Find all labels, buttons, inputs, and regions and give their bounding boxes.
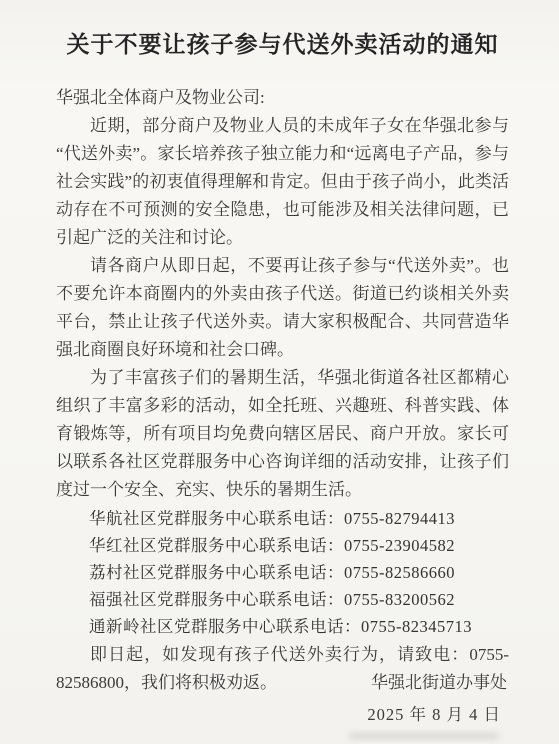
paragraph-summer-activities: 为了丰富孩子们的暑期生活，华强北街道各社区都精心组织了丰富多彩的活动，如全托班、… <box>56 364 509 504</box>
contact-line-licun: 荔村社区党群服务中心联系电话：0755-82586660 <box>56 559 509 586</box>
salutation: 华强北全体商户及物业公司: <box>56 84 509 112</box>
paragraph-background: 近期，部分商户及物业人员的未成年子女在华强北参与“代送外卖”。家长培养孩子独立能… <box>56 112 509 252</box>
paragraph-request: 请各商户从即日起，不要再让孩子参与“代送外卖”。也不要允许本商圈内的外卖由孩子代… <box>56 252 509 364</box>
notice-document: 关于不要让孩子参与代送外卖活动的通知 华强北全体商户及物业公司: 近期，部分商户… <box>0 0 559 744</box>
contact-line-huahong: 华红社区党群服务中心联系电话：0755-23904582 <box>56 532 509 559</box>
signature: 华强北街道办事处 <box>367 670 507 696</box>
signature-block: 华强北街道办事处 2025 年 8 月 4 日 <box>367 670 507 728</box>
contact-line-fuqiang: 福强社区党群服务中心联系电话：0755-83200562 <box>56 586 509 613</box>
contact-line-huahang: 华航社区党群服务中心联系电话：0755-82794413 <box>56 505 509 532</box>
contact-list: 华航社区党群服务中心联系电话：0755-82794413 华红社区党群服务中心联… <box>56 505 509 640</box>
contact-line-tongxinling: 通新岭社区党群服务中心联系电话：0755-82345713 <box>56 613 509 640</box>
document-date: 2025 年 8 月 4 日 <box>367 702 501 728</box>
watermark-smudge <box>349 732 499 740</box>
document-title: 关于不要让孩子参与代送外卖活动的通知 <box>56 28 509 62</box>
